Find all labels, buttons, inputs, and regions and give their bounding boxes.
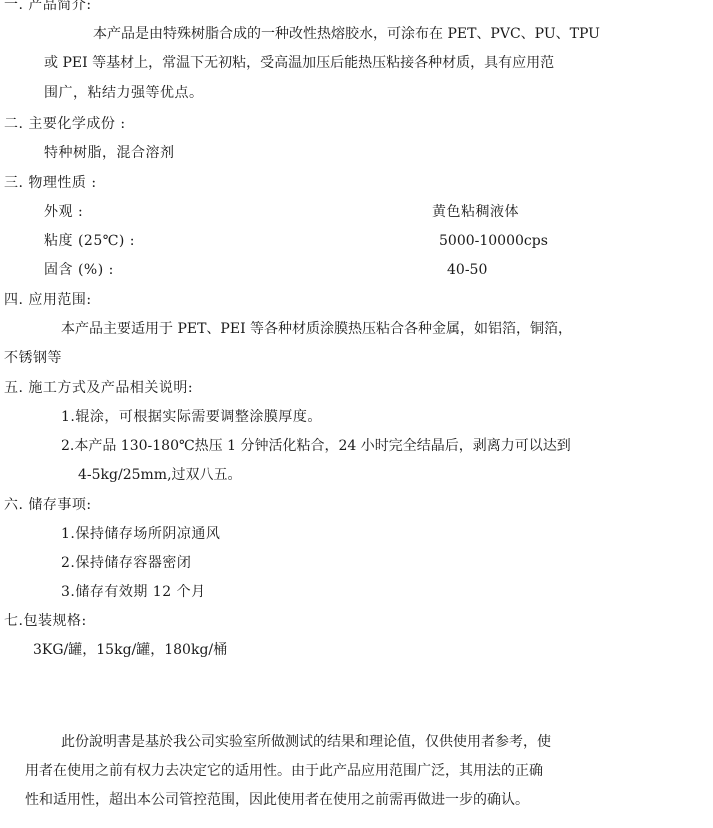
property-label-viscosity: 粘度 (25℃) : [44,232,135,250]
property-label-appearance: 外观 : [44,203,83,221]
storage-item-3: 3.储存有效期 12 个月 [61,583,206,601]
section-heading-composition: 二. 主要化学成份 : [4,115,126,133]
applications-line-2: 不锈钢等 [4,349,62,367]
intro-line-1: 本产品是由特殊树脂合成的一种改性热熔胶水，可涂布在 PET、PVC、PU、TPU [93,25,600,43]
disclaimer-line-1: 此份說明書是基於我公司实验室所做测试的结果和理论值，仅供使用者参考，使 [61,733,551,751]
method-item-2-continued: 4-5kg/25mm,过双八五。 [78,466,242,484]
packaging-text: 3KG/罐，15kg/罐，180kg/桶 [33,641,227,659]
applications-line-1: 本产品主要适用于 PET、PEI 等各种材质涂膜热压粘合各种金属，如铝箔，铜箔， [61,320,572,338]
section-heading-intro: 一. 产品简介: [4,0,92,14]
property-value-solids: 40-50 [447,261,487,279]
storage-item-1: 1.保持储存场所阴凉通风 [61,525,220,543]
composition-text: 特种树脂，混合溶剂 [44,144,175,162]
section-heading-application-method: 五. 施工方式及产品相关说明: [4,379,193,397]
section-heading-applications: 四. 应用范围: [4,291,92,309]
section-heading-storage: 六. 储存事项: [4,496,92,514]
section-heading-properties: 三. 物理性质 : [4,174,97,192]
disclaimer-line-2: 用者在使用之前有权力去决定它的适用性。由于此产品应用范围广泛，其用法的正确 [25,762,543,780]
intro-line-3: 围广，粘结力强等优点。 [44,84,204,102]
method-item-2: 2.本产品 130-180℃热压 1 分钟活化粘合，24 小时完全结晶后，剥离力… [61,437,571,455]
intro-line-2: 或 PEI 等基材上，常温下无初粘，受高温加压后能热压粘接各种材质，具有应用范 [44,54,554,72]
section-heading-packaging: 七.包装规格: [4,612,87,630]
disclaimer-line-3: 性和适用性，超出本公司管控范围，因此使用者在使用之前需再做进一步的确认。 [25,791,529,809]
method-item-1: 1.辊涂，可根据实际需要调整涂膜厚度。 [61,408,322,426]
property-label-solids: 固含 (%) : [44,261,114,279]
storage-item-2: 2.保持储存容器密闭 [61,554,191,572]
property-value-viscosity: 5000-10000cps [439,232,548,250]
property-value-appearance: 黄色粘稠液体 [432,203,519,221]
